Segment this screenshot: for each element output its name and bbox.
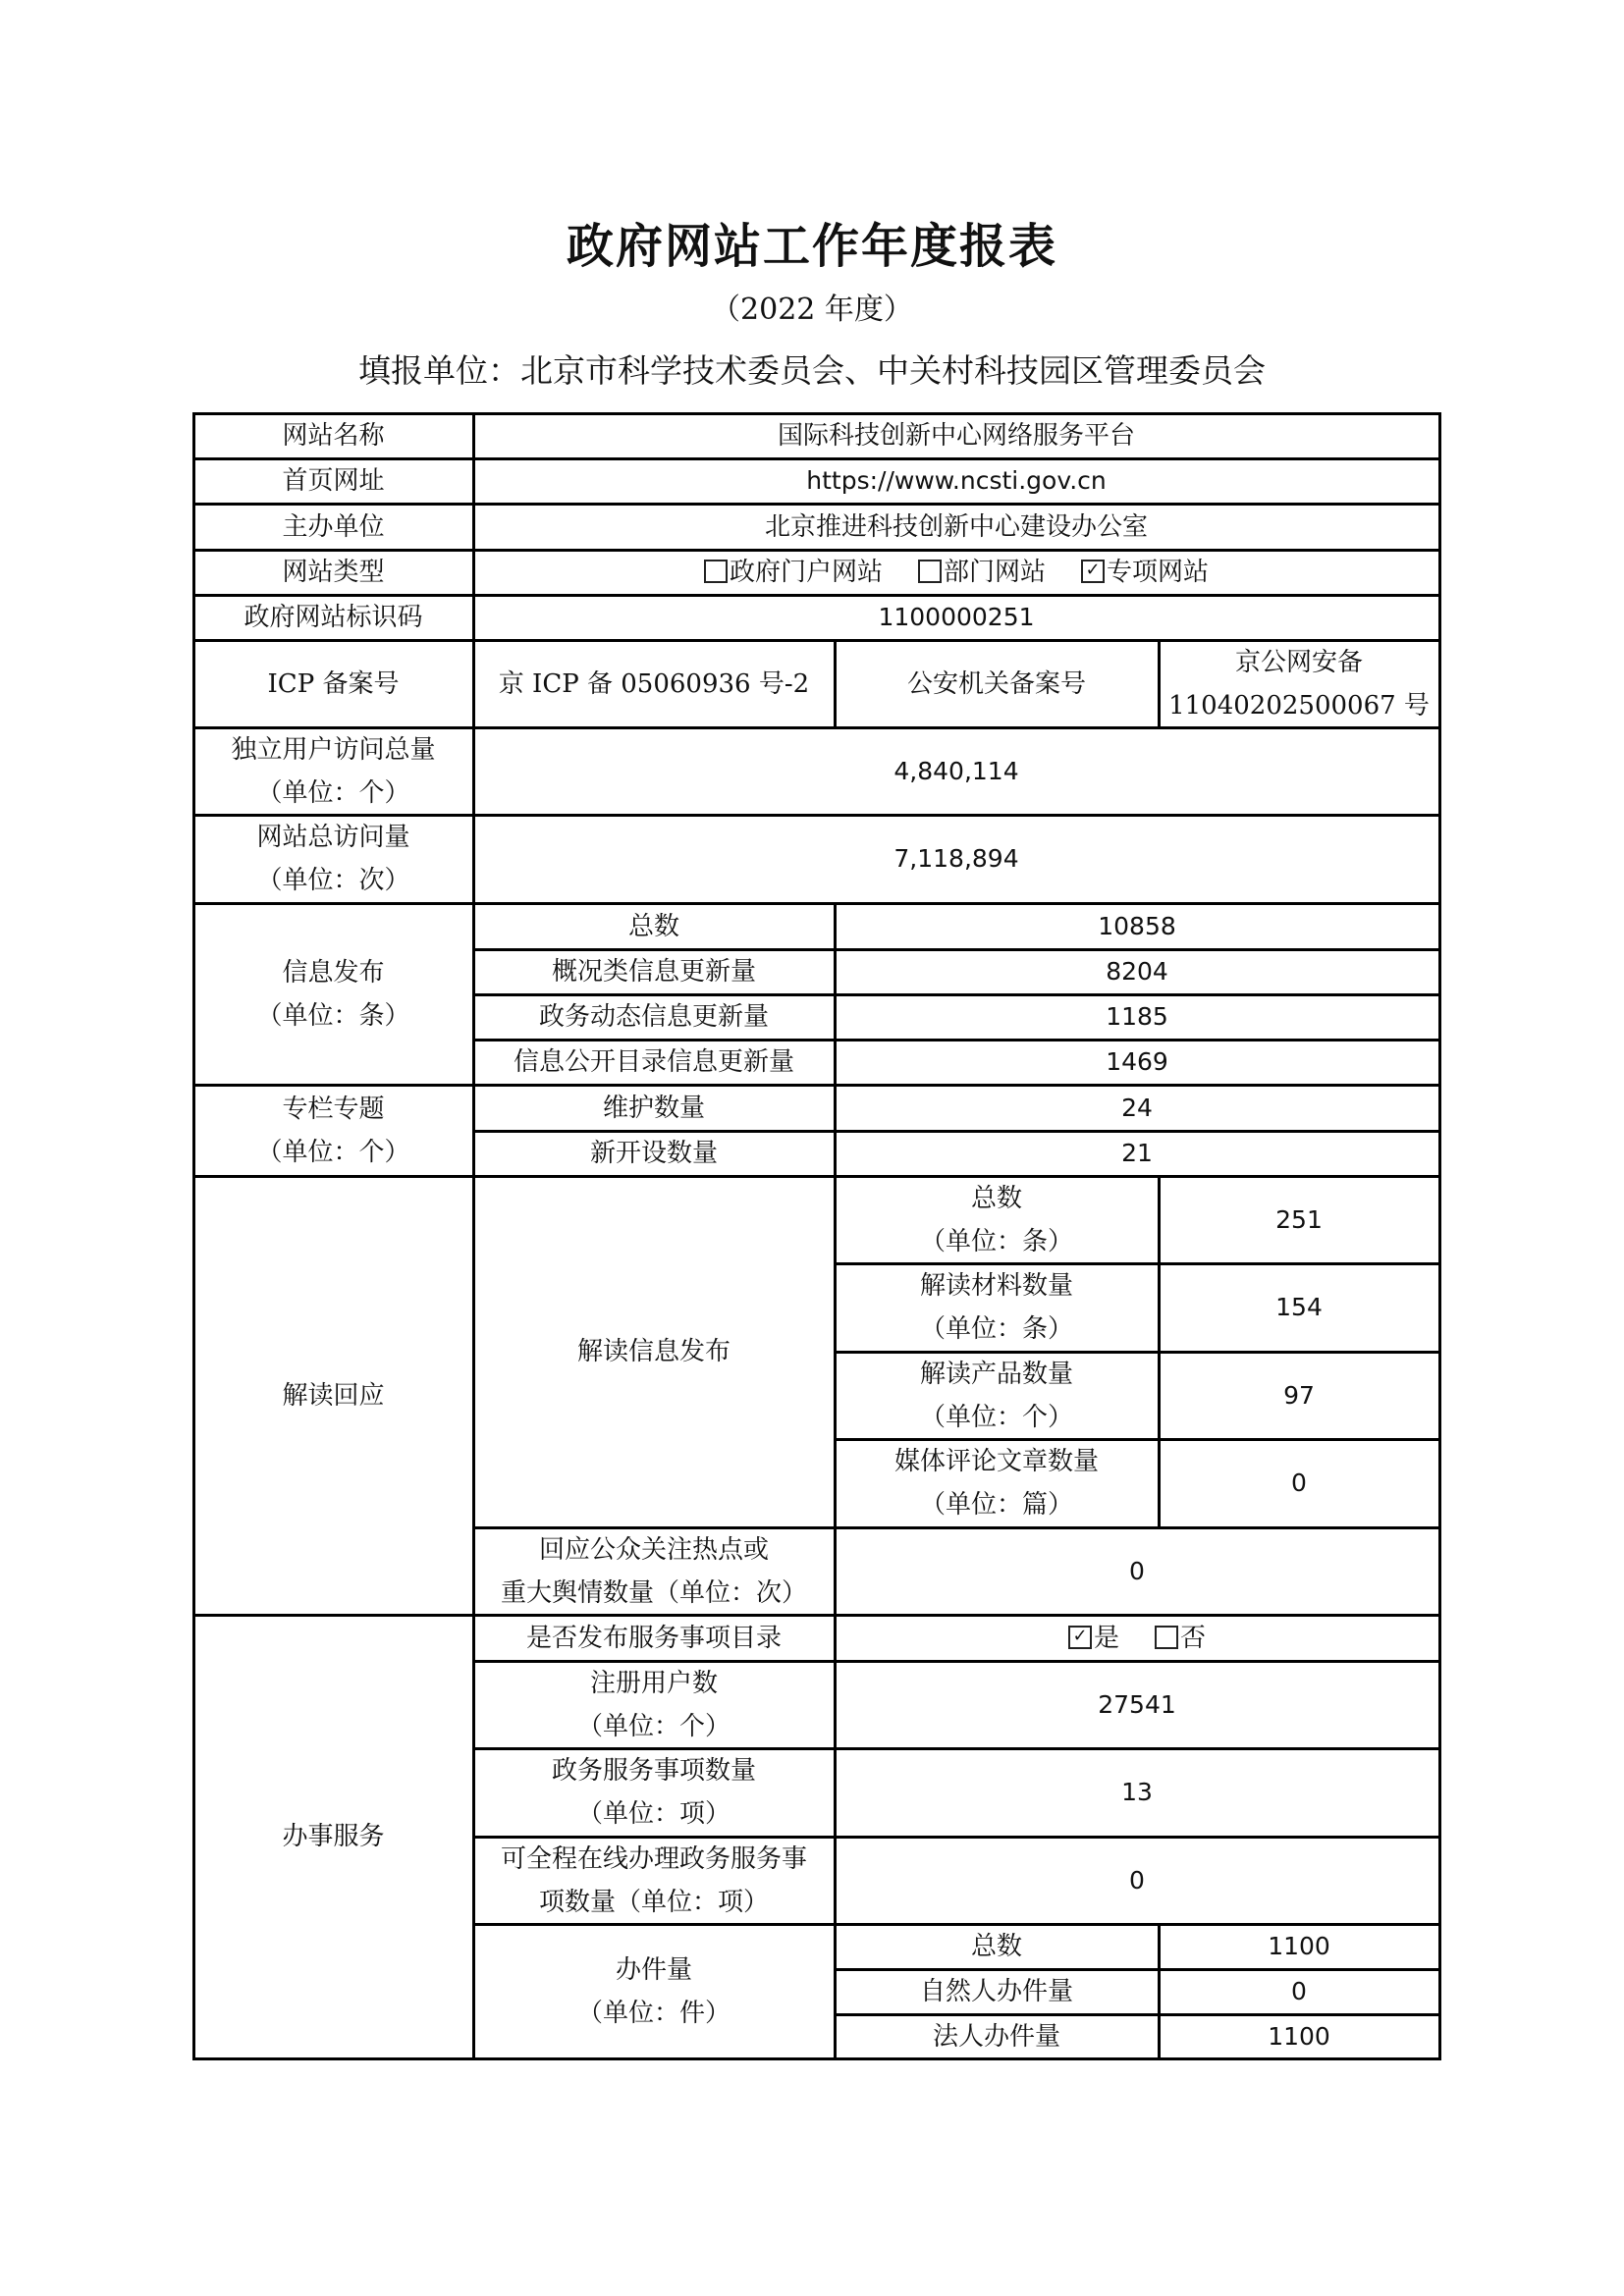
interp-media-value: 0	[1158, 1438, 1441, 1529]
checkbox-unchecked-icon[interactable]	[704, 560, 728, 583]
response-value: 0	[834, 1526, 1441, 1617]
total-visits-label: 网站总访问量（单位：次）	[192, 814, 475, 905]
interp-total-label: 总数（单位：条）	[834, 1175, 1161, 1265]
cases-legal-person-label: 法人办件量	[834, 2013, 1161, 2060]
cases-total-label: 总数	[834, 1923, 1161, 1971]
columns-label: 专栏专题（单位：个）	[192, 1084, 475, 1178]
filing-unit-label: 填报单位：	[358, 351, 520, 390]
checkbox-unchecked-icon[interactable]	[1155, 1626, 1178, 1649]
info-publish-overview-value: 8204	[834, 948, 1441, 996]
filing-unit: 填报单位：北京市科学技术委员会、中关村科技园区管理委员会	[0, 346, 1624, 392]
site-type-label: 网站类型	[192, 549, 475, 597]
interp-media-label: 媒体评论文章数量（单位：篇）	[834, 1438, 1161, 1529]
info-publish-catalog-value: 1469	[834, 1039, 1441, 1087]
columns-maintained-label: 维护数量	[472, 1084, 837, 1133]
report-year: （2022 年度）	[0, 285, 1624, 328]
info-publish-catalog-label: 信息公开目录信息更新量	[472, 1039, 837, 1087]
online-items-value: 0	[834, 1836, 1441, 1926]
service-catalog-label: 是否发布服务事项目录	[472, 1614, 837, 1663]
cases-natural-person-value: 0	[1158, 1968, 1441, 2016]
cases-label: 办件量（单位：件）	[472, 1923, 837, 2060]
info-publish-total-label: 总数	[472, 902, 837, 951]
checkbox-checked-icon[interactable]: ✓	[1068, 1626, 1092, 1649]
registered-users-value: 27541	[834, 1660, 1441, 1750]
total-visits-value: 7,118,894	[472, 814, 1441, 905]
interp-products-value: 97	[1158, 1351, 1441, 1441]
info-publish-overview-label: 概况类信息更新量	[472, 948, 837, 996]
site-type-options: 政府门户网站 部门网站 ✓专项网站	[472, 549, 1441, 597]
columns-new-label: 新开设数量	[472, 1130, 837, 1178]
host-unit-value: 北京推进科技创新中心建设办公室	[472, 503, 1441, 552]
site-type-option-department[interactable]: 部门网站	[918, 551, 1046, 594]
interp-materials-label: 解读材料数量（单位：条）	[834, 1262, 1161, 1354]
service-catalog-no[interactable]: 否	[1155, 1617, 1206, 1660]
service-catalog-yes[interactable]: ✓是	[1068, 1617, 1119, 1660]
filing-unit-value: 北京市科学技术委员会、中关村科技园区管理委员会	[520, 351, 1266, 390]
info-publish-news-value: 1185	[834, 993, 1441, 1041]
cases-legal-person-value: 1100	[1158, 2013, 1441, 2060]
info-publish-label: 信息发布（单位：条）	[192, 902, 475, 1087]
interpretation-label: 解读回应	[192, 1175, 475, 1617]
site-type-option-portal[interactable]: 政府门户网站	[704, 551, 883, 594]
police-record-value: 京公网安备11040202500067 号	[1158, 639, 1441, 729]
service-items-label: 政务服务事项数量（单位：项）	[472, 1747, 837, 1839]
info-publish-news-label: 政务动态信息更新量	[472, 993, 837, 1041]
interp-materials-value: 154	[1158, 1262, 1441, 1354]
host-unit-label: 主办单位	[192, 503, 475, 552]
report-title: 政府网站工作年度报表	[0, 208, 1624, 276]
checkbox-unchecked-icon[interactable]	[918, 560, 942, 583]
site-code-label: 政府网站标识码	[192, 594, 475, 642]
icp-label: ICP 备案号	[192, 639, 475, 729]
info-publish-total-value: 10858	[834, 902, 1441, 951]
columns-maintained-value: 24	[834, 1084, 1441, 1133]
checkbox-checked-icon[interactable]: ✓	[1081, 560, 1105, 583]
columns-new-value: 21	[834, 1130, 1441, 1178]
icp-value: 京 ICP 备 05060936 号-2	[472, 639, 837, 729]
cases-total-value: 1100	[1158, 1923, 1441, 1971]
homepage-label: 首页网址	[192, 457, 475, 506]
site-type-option-special[interactable]: ✓专项网站	[1081, 551, 1209, 594]
unique-visitors-label: 独立用户访问总量（单位：个）	[192, 726, 475, 817]
site-code-value: 1100000251	[472, 594, 1441, 642]
unique-visitors-value: 4,840,114	[472, 726, 1441, 817]
response-label: 回应公众关注热点或重大舆情数量（单位：次）	[472, 1526, 837, 1617]
cases-natural-person-label: 自然人办件量	[834, 1968, 1161, 2016]
service-items-value: 13	[834, 1747, 1441, 1839]
site-name-value: 国际科技创新中心网络服务平台	[472, 412, 1441, 460]
service-catalog-options: ✓是 否	[834, 1614, 1441, 1663]
interp-products-label: 解读产品数量（单位：个）	[834, 1351, 1161, 1441]
police-record-label: 公安机关备案号	[834, 639, 1161, 729]
registered-users-label: 注册用户数（单位：个）	[472, 1660, 837, 1750]
interp-total-value: 251	[1158, 1175, 1441, 1265]
interpretation-publish-label: 解读信息发布	[472, 1175, 837, 1529]
online-items-label: 可全程在线办理政务服务事项数量（单位：项）	[472, 1836, 837, 1926]
services-label: 办事服务	[192, 1614, 475, 2060]
site-name-label: 网站名称	[192, 412, 475, 460]
homepage-value: https://www.ncsti.gov.cn	[472, 457, 1441, 506]
